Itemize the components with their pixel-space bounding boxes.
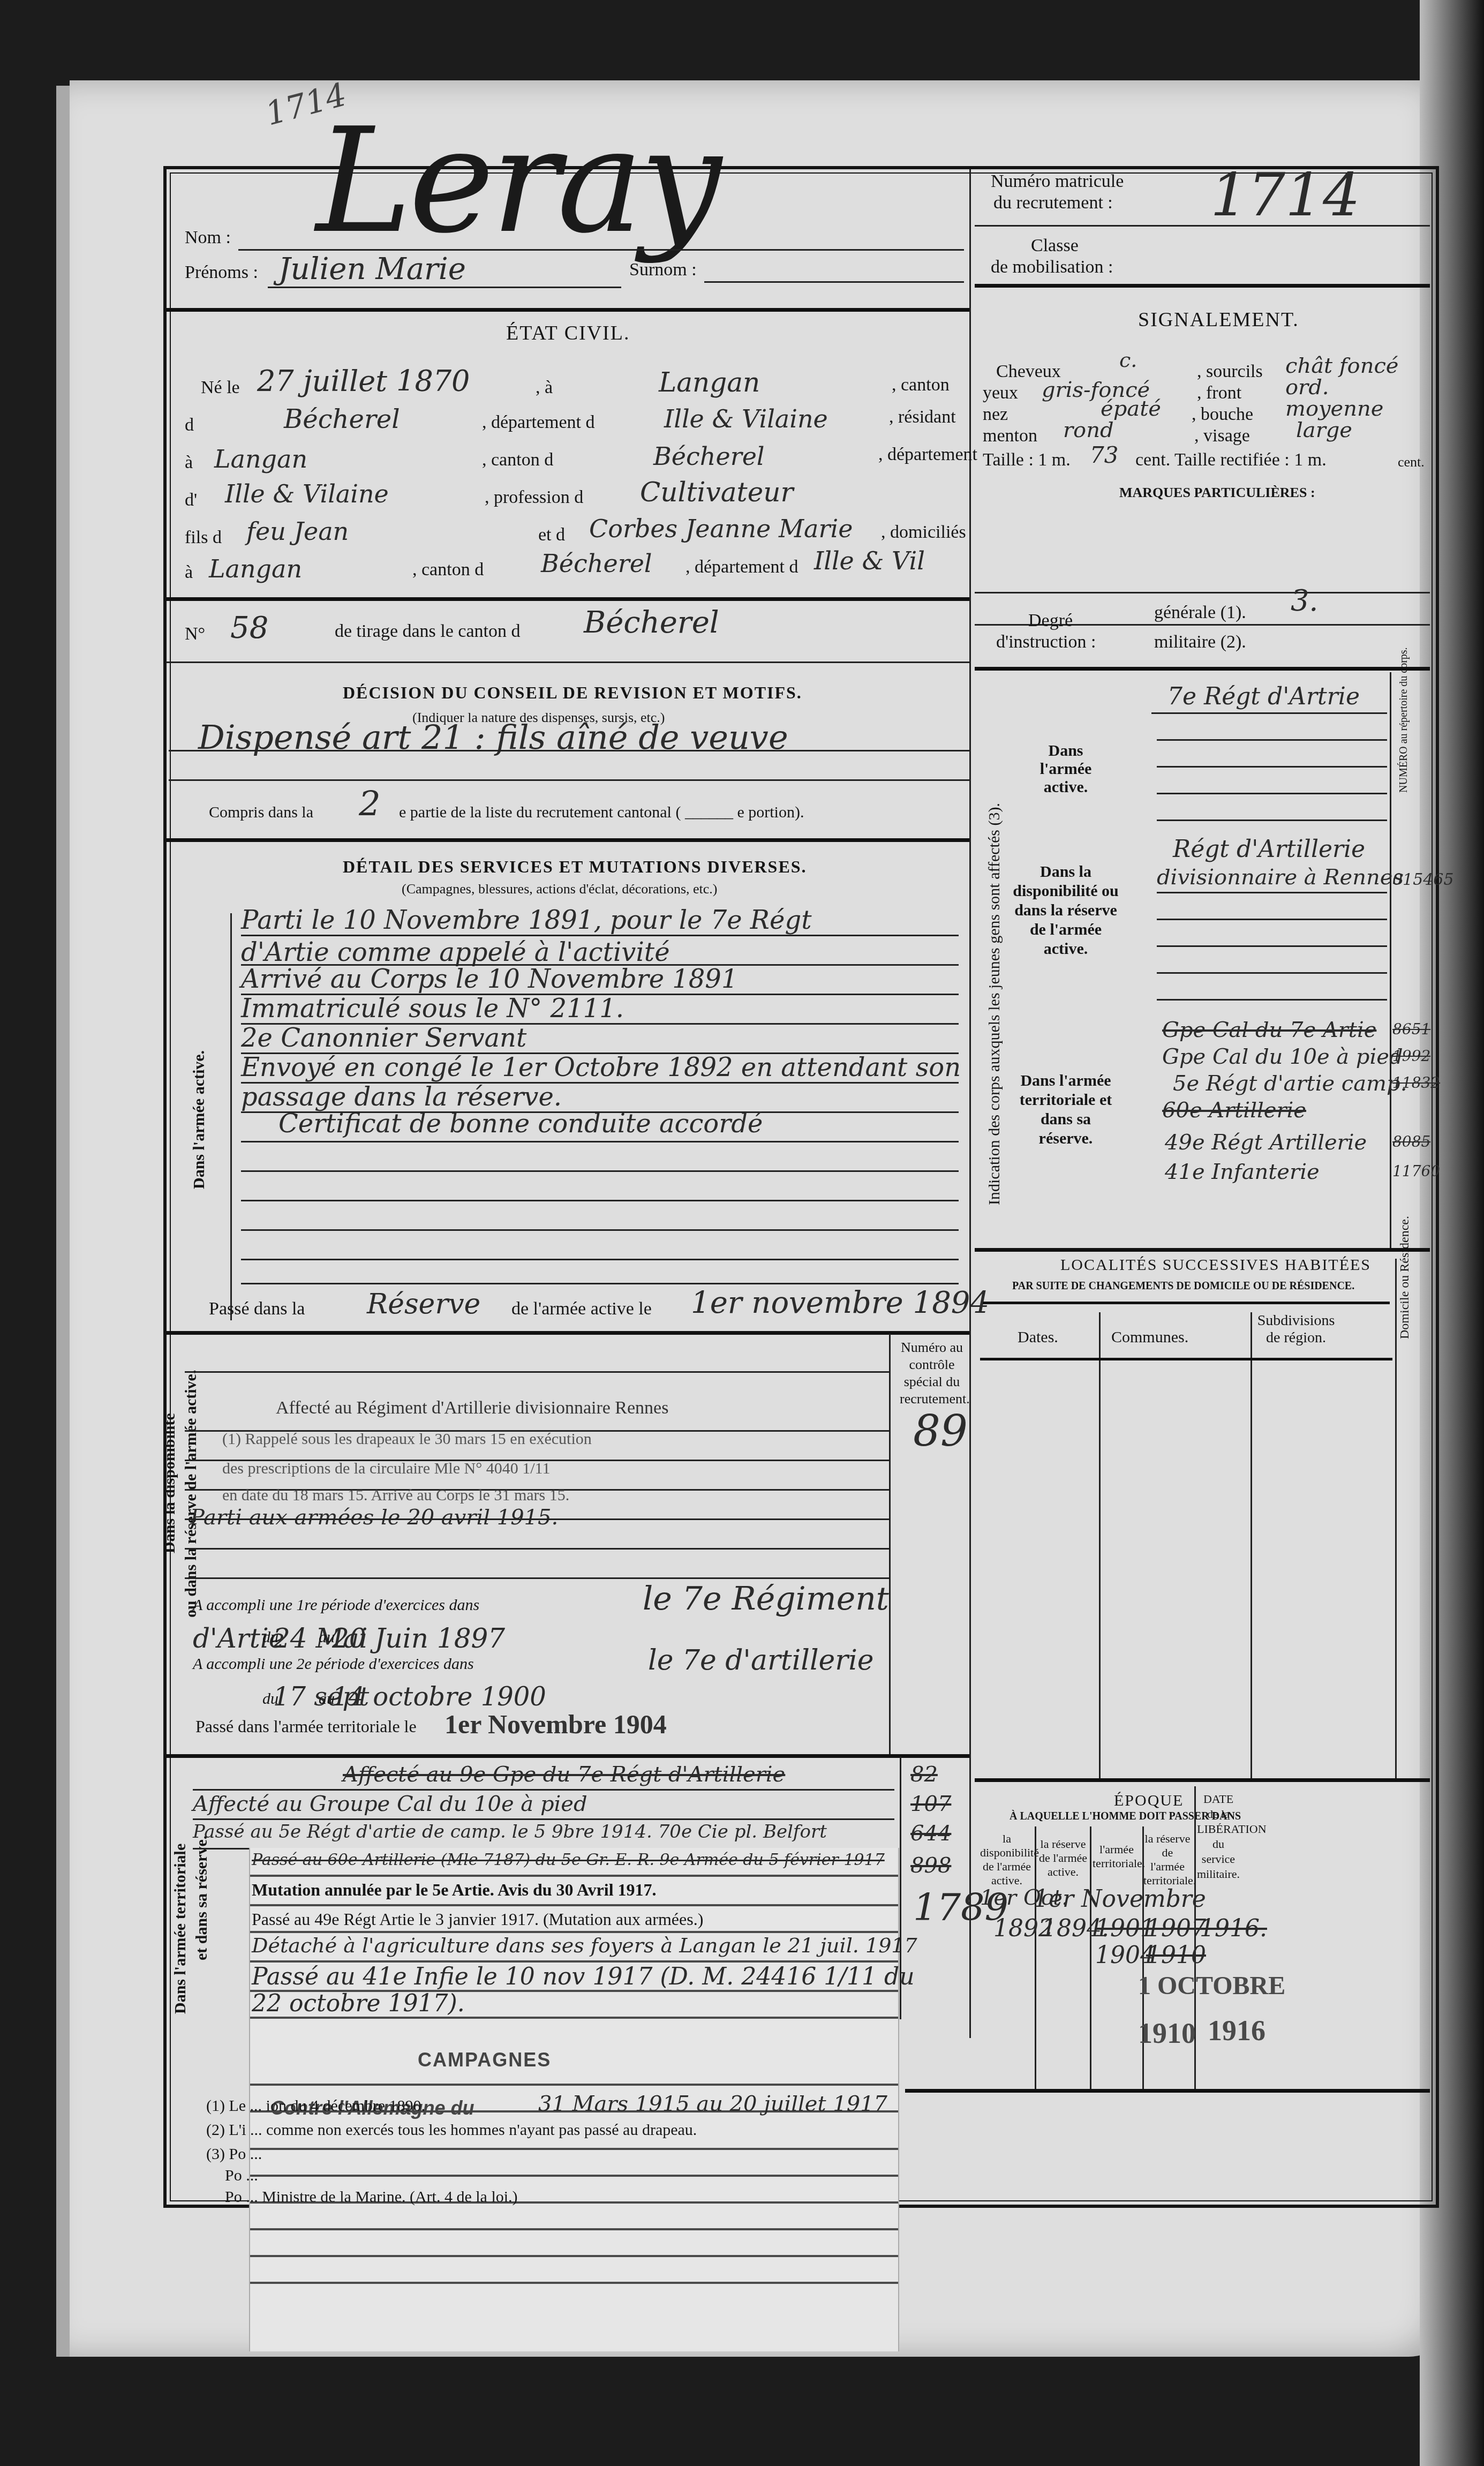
epoque-row1-col2: 1er Novembre bbox=[1034, 1885, 1206, 1913]
disponibilite-entry: Régt d'Artillerie bbox=[1173, 836, 1365, 863]
territoriale-line: Passé au 5e Régt d'artie de camp. le 5 9… bbox=[193, 1821, 827, 1843]
territoriale-line: Détaché à l'agriculture dans ses foyers … bbox=[252, 1934, 917, 1957]
ruled-line bbox=[241, 935, 959, 936]
reserve-line: Parti aux armées le 20 avril 1915. bbox=[190, 1505, 558, 1530]
epoque-col-reserve-active: la réserve de l'armée active. bbox=[1036, 1837, 1090, 1879]
ruled-line bbox=[1157, 820, 1387, 821]
divider bbox=[975, 667, 1430, 671]
active-entry: 7e Régt d'Artrie bbox=[1167, 683, 1360, 710]
divider bbox=[166, 1754, 969, 1758]
periode1-label: A accompli une 1re période d'exercices d… bbox=[193, 1596, 479, 1614]
compris-value: 2 bbox=[359, 785, 381, 824]
column-divider bbox=[1035, 1826, 1036, 2089]
ruled-line bbox=[250, 1931, 898, 1933]
mere-value: Corbes Jeanne Marie bbox=[589, 514, 853, 543]
numero-column-divider bbox=[1390, 672, 1391, 1251]
numero-controle-value: 89 bbox=[913, 1406, 968, 1456]
ruled-line bbox=[1157, 892, 1387, 893]
front-label: , front bbox=[1197, 383, 1241, 403]
territoriale-num: 107 bbox=[910, 1792, 951, 1816]
divider bbox=[975, 592, 1430, 593]
ruled-line bbox=[241, 1200, 959, 1201]
decision-line bbox=[169, 750, 969, 751]
canton-value: Bécherel bbox=[284, 404, 400, 434]
dom-departement-value: Ille & Vil bbox=[814, 546, 925, 575]
reserve-line: des prescriptions de la circulaire Mle N… bbox=[222, 1460, 550, 1478]
ruled-line bbox=[1157, 766, 1387, 768]
territoriale-side-label-2: et dans sa réserve. bbox=[193, 1836, 211, 1960]
date-liberation-header: DATE de la LIBÉRATION du service militai… bbox=[1197, 1792, 1240, 1882]
generale-label: générale (1). bbox=[1154, 603, 1246, 623]
epoque-col-disponibilite: la disponibilité de l'armée active. bbox=[980, 1832, 1034, 1888]
service-line: Parti le 10 Novembre 1891, pour le 7e Ré… bbox=[241, 905, 811, 935]
ruled-line bbox=[250, 2084, 898, 2086]
territoriale-num: 644 bbox=[910, 1821, 951, 1846]
territoriale-corps-num: 8085 bbox=[1392, 1133, 1430, 1151]
localites-title: LOCALITÉS SUCCESSIVES HABITÉES bbox=[1060, 1256, 1371, 1274]
ruled-line bbox=[185, 1548, 889, 1550]
bouche-label: , bouche bbox=[1192, 404, 1253, 425]
divider bbox=[166, 838, 969, 842]
ruled-line bbox=[1157, 739, 1387, 741]
prenoms-label: Prénoms : bbox=[185, 262, 258, 283]
profession-label: , profession d bbox=[485, 487, 583, 508]
signalement-title: SIGNALEMENT. bbox=[1138, 308, 1299, 332]
classe-label: Classe bbox=[1031, 236, 1079, 256]
res-canton-value: Bécherel bbox=[653, 442, 765, 471]
a-value: Langan bbox=[659, 367, 760, 398]
a-label: , à bbox=[536, 378, 553, 398]
disponibilite-numero: 015465 bbox=[1392, 870, 1454, 889]
reserve-line: Affecté au Régiment d'Artillerie divisio… bbox=[276, 1398, 668, 1418]
territoriale-corps-entry: 41e Infanterie bbox=[1165, 1160, 1320, 1184]
ruled-line bbox=[193, 1789, 894, 1791]
profession-value: Cultivateur bbox=[640, 477, 793, 508]
decision-title: DÉCISION DU CONSEIL DE REVISION ET MOTIF… bbox=[343, 683, 802, 703]
ruled-line bbox=[250, 2148, 898, 2150]
ruled-line bbox=[250, 1875, 898, 1877]
territoriale-corps-num: 11760 bbox=[1392, 1162, 1440, 1180]
divider bbox=[166, 1331, 969, 1335]
divider bbox=[975, 284, 1430, 288]
territoriale-corps-num: 8651 bbox=[1392, 1020, 1430, 1038]
bracket bbox=[230, 913, 232, 1320]
numero-column-divider bbox=[889, 1334, 891, 1757]
surnom-line bbox=[704, 281, 964, 283]
ruled-line bbox=[250, 2282, 898, 2284]
instruction-label: d'instruction : bbox=[996, 632, 1096, 652]
taille-label: Taille : 1 m. bbox=[983, 450, 1071, 470]
service-line: Immatriculé sous le N° 2111. bbox=[241, 994, 624, 1024]
periode2-au: 14 octobre 1900 bbox=[332, 1682, 546, 1712]
fils-de-label: fils d bbox=[185, 528, 222, 548]
ne-le-value: 27 juillet 1870 bbox=[257, 364, 470, 398]
menton-label: menton bbox=[983, 426, 1037, 446]
ruled-line bbox=[250, 2228, 898, 2230]
militaire-label: militaire (2). bbox=[1154, 632, 1246, 652]
territoriale-num: 82 bbox=[910, 1762, 938, 1787]
ruled-line bbox=[1151, 712, 1387, 714]
matricule-label: Numéro matricule bbox=[991, 171, 1124, 192]
reserve-line: (1) Rappelé sous les drapeaux le 30 mars… bbox=[222, 1430, 592, 1448]
sourcils-label: , sourcils bbox=[1197, 362, 1263, 382]
ruled-line bbox=[250, 2175, 898, 2177]
territoriale-line: Mutation annulée par le 5e Artie. Avis d… bbox=[252, 1880, 657, 1900]
res-a-value: Langan bbox=[214, 445, 307, 473]
visage-label: , visage bbox=[1194, 426, 1250, 446]
territoriale-corps-entry: 5e Régt d'artie camp. bbox=[1173, 1071, 1407, 1096]
ruled-line bbox=[1157, 999, 1387, 1001]
dom-canton-value: Bécherel bbox=[541, 549, 652, 578]
territoriale-line: Affecté au Groupe Cal du 10e à pied bbox=[193, 1792, 587, 1816]
brace bbox=[983, 1302, 1390, 1304]
taille-value: 73 bbox=[1090, 442, 1118, 468]
res-d-label: d' bbox=[185, 490, 197, 510]
cheveux-value: c. bbox=[1119, 348, 1137, 372]
compris-label: Compris dans la bbox=[209, 803, 313, 822]
res-a-label: à bbox=[185, 453, 193, 473]
divider bbox=[975, 1248, 1430, 1252]
yeux-label: yeux bbox=[983, 383, 1018, 403]
territoriale-corps-entry: Gpe Cal du 7e Artie bbox=[1162, 1018, 1376, 1042]
divider bbox=[905, 2089, 1430, 2093]
tirage-label: de tirage dans le canton d bbox=[335, 621, 520, 642]
et-de-label: et d bbox=[538, 525, 565, 545]
ruled-line bbox=[241, 1259, 959, 1260]
territoriale-label: Passé dans l'armée territoriale le bbox=[195, 1717, 417, 1736]
epoque-col-territoriale: l'armée territoriale. bbox=[1093, 1843, 1141, 1870]
passe-reserve-date: 1er novembre 1894 bbox=[691, 1285, 989, 1320]
res-departement-label: , département bbox=[878, 445, 977, 465]
decision-line bbox=[169, 779, 969, 781]
divider bbox=[975, 1778, 1430, 1782]
column-divider bbox=[1099, 1312, 1101, 1778]
territoriale-line: Affecté au 9e Gpe du 7e Régt d'Artilleri… bbox=[343, 1762, 785, 1787]
stamp-octobre: 1 OCTOBRE bbox=[1138, 1971, 1285, 2001]
domicilies-label: , domiciliés bbox=[881, 522, 966, 543]
generale-value: 3. bbox=[1291, 584, 1319, 618]
d-label: d bbox=[185, 415, 194, 435]
territoriale-side-label: Dans l'armée territoriale bbox=[171, 1844, 190, 2014]
territoriale-line: Passé au 41e Infie le 10 nov 1917 (D. M.… bbox=[252, 1963, 915, 1990]
periode1-au: 20 Juin 1897 bbox=[332, 1623, 505, 1654]
territoriale-line: Passé au 60e Artillerie (Mle 7187) du 5e… bbox=[252, 1851, 885, 1869]
surnom-label: Surnom : bbox=[629, 260, 697, 280]
services-title: DÉTAIL DES SERVICES ET MUTATIONS DIVERSE… bbox=[343, 857, 807, 877]
footnote: Po ... Ministre de la Marine. (Art. 4 de… bbox=[225, 2188, 518, 2206]
epoque-row3-col4: 1910 bbox=[1146, 1942, 1206, 1969]
nom-value: Leray bbox=[316, 96, 719, 265]
ruled-line bbox=[250, 1960, 898, 1963]
territoriale-num: 898 bbox=[910, 1853, 951, 1878]
menton-value: rond bbox=[1063, 418, 1114, 442]
prenoms-line bbox=[268, 287, 621, 288]
tirage-no-value: 58 bbox=[230, 611, 268, 645]
divider bbox=[166, 308, 969, 312]
campagnes-title: CAMPAGNES bbox=[418, 2049, 551, 2071]
ruled-line bbox=[241, 1283, 959, 1284]
ruled-line bbox=[193, 1818, 894, 1820]
classe-label-2: de mobilisation : bbox=[991, 257, 1113, 277]
ruled-line bbox=[250, 1904, 898, 1906]
passe-reserve-mid: de l'armée active le bbox=[511, 1299, 652, 1319]
active-label: Dans l'armée active. bbox=[1023, 742, 1109, 796]
tirage-no-label: N° bbox=[185, 624, 205, 644]
services-subtitle: (Campagnes, blessures, actions d'éclat, … bbox=[402, 881, 717, 897]
divider bbox=[166, 597, 969, 601]
campagne-entry-handwritten: 31 Mars 1915 au 20 juillet 1917 bbox=[538, 2092, 887, 2116]
service-line: passage dans la réserve. bbox=[241, 1082, 562, 1112]
corps-side-label: Indication des corps auxquels les jeunes… bbox=[985, 803, 1004, 1205]
dom-a-value: Langan bbox=[209, 554, 302, 583]
res-departement-value: Ille & Vilaine bbox=[225, 479, 389, 508]
nez-label: nez bbox=[983, 404, 1008, 425]
nom-line bbox=[238, 249, 964, 251]
services-side-label: Dans l'armée active. bbox=[190, 1050, 208, 1189]
passe-reserve-value: Réserve bbox=[367, 1288, 480, 1320]
liberation-value: 1916. bbox=[1200, 1915, 1267, 1942]
column-divider bbox=[1251, 1312, 1252, 1778]
territoriale-corps-num: 11832 bbox=[1392, 1074, 1440, 1092]
ruled-line bbox=[241, 1170, 959, 1172]
ruled-line bbox=[1157, 972, 1387, 974]
ruled-line bbox=[241, 1141, 959, 1142]
reserve-side-label: Dans la disponibilité bbox=[161, 1413, 179, 1553]
col-subdivisions: Subdivisions de région. bbox=[1251, 1312, 1342, 1347]
dom-a-label: à bbox=[185, 562, 193, 583]
service-line: Envoyé en congé le 1er Octobre 1892 en a… bbox=[241, 1052, 961, 1082]
territoriale-corps-entry: Gpe Cal du 10e à pied bbox=[1162, 1044, 1403, 1069]
numero-repertoire-header: NUMÉRO au répertoire du corps. bbox=[1398, 647, 1410, 793]
divider bbox=[166, 661, 969, 663]
disponibilite-label: Dans la disponibilité ou dans la réserve… bbox=[1007, 862, 1125, 959]
ruled-line bbox=[1157, 919, 1387, 920]
stamp-year-2: 1916 bbox=[1208, 2014, 1265, 2047]
dom-departement-label: , département d bbox=[685, 557, 799, 577]
nom-label: Nom : bbox=[185, 228, 231, 248]
departement-value: Ille & Vilaine bbox=[664, 404, 828, 433]
reserve-side-label-2: ou dans la réserve de l'armée active. bbox=[182, 1370, 200, 1618]
territoriale-corps-entry: 60e Artillerie bbox=[1162, 1098, 1306, 1123]
compris-rest: e partie de la liste du recrutement cant… bbox=[399, 803, 804, 822]
ruled-line bbox=[1157, 793, 1387, 794]
ne-le-label: Né le bbox=[201, 378, 240, 398]
pere-value: feu Jean bbox=[246, 517, 349, 546]
col-communes: Communes. bbox=[1111, 1328, 1188, 1347]
territoriale-line: 22 octobre 1917). bbox=[252, 1990, 465, 2017]
disponibilite-entry: divisionnaire à Rennes bbox=[1157, 865, 1404, 890]
service-line: Certificat de bonne conduite accordé bbox=[278, 1109, 763, 1139]
column-divider bbox=[1090, 1826, 1091, 2089]
departement-label: , département d bbox=[482, 412, 595, 433]
footnote: (2) L'i ... comme non exercés tous les h… bbox=[206, 2121, 697, 2139]
footnote: (3) Po ... bbox=[206, 2145, 262, 2163]
cent-label: cent. bbox=[1398, 454, 1425, 470]
ruled-line bbox=[185, 1371, 889, 1373]
col-dates: Dates. bbox=[1018, 1328, 1058, 1347]
header-rule bbox=[980, 1358, 1392, 1360]
numero-controle-label: Numéro au contrôle spécial du recrutemen… bbox=[900, 1339, 964, 1408]
service-line: Arrivé au Corps le 10 Novembre 1891 bbox=[241, 964, 737, 994]
ruled-line bbox=[1157, 945, 1387, 947]
footnote: (1) Le ... ion du 4 décembre 1890. bbox=[206, 2097, 425, 2115]
ruled-line bbox=[185, 1518, 889, 1520]
degre-label: Degré bbox=[1028, 611, 1073, 631]
epoque-title: ÉPOQUE bbox=[1114, 1792, 1184, 1810]
passe-reserve-label: Passé dans la bbox=[209, 1299, 305, 1319]
residant-label: , résidant bbox=[889, 407, 956, 427]
matricule-value: 1714 bbox=[1210, 161, 1360, 229]
marques-title: MARQUES PARTICULIÈRES : bbox=[1119, 485, 1315, 501]
taille-rectifiee-label: cent. Taille rectifiée : 1 m. bbox=[1135, 450, 1327, 470]
ruled-line bbox=[241, 1229, 959, 1231]
col-domicile: Domicile ou Résidence. bbox=[1398, 1216, 1412, 1339]
territoriale-value: 1er Novembre 1904 bbox=[445, 1709, 667, 1740]
periode1-value: le 7e Régiment bbox=[643, 1580, 889, 1618]
service-line: 2e Canonnier Servant bbox=[241, 1023, 526, 1053]
res-canton-label: , canton d bbox=[482, 450, 553, 470]
column-divider bbox=[1395, 1259, 1397, 1778]
etat-civil-title: ÉTAT CIVIL. bbox=[506, 321, 630, 345]
matricule-label-2: du recrutement : bbox=[993, 193, 1113, 213]
epoque-col-reserve-territoriale: la réserve de l'armée territoriale. bbox=[1143, 1832, 1192, 1888]
territoriale-corps-entry: 49e Régt Artillerie bbox=[1165, 1130, 1367, 1155]
footnote: Po ... bbox=[225, 2167, 258, 2185]
service-line: d'Artie comme appelé à l'activité bbox=[241, 937, 670, 967]
dom-canton-label: , canton d bbox=[412, 560, 484, 580]
stamp-year-1: 1910 bbox=[1138, 2017, 1196, 2050]
epoque-row2-col4: 1907 bbox=[1146, 1915, 1206, 1942]
reserve-line: en date du 18 mars 15. Arrivé au Corps l… bbox=[222, 1486, 569, 1505]
localites-subtitle: PAR SUITE DE CHANGEMENTS DE DOMICILE OU … bbox=[1012, 1280, 1354, 1292]
periode2-value: le 7e d'artillerie bbox=[648, 1644, 874, 1676]
divider bbox=[975, 225, 1430, 227]
periode2-label: A accompli une 2e période d'exercices da… bbox=[193, 1655, 474, 1673]
tirage-canton-value: Bécherel bbox=[584, 605, 719, 640]
territoriale-corps-label: Dans l'armée territoriale et dans sa rés… bbox=[1012, 1071, 1119, 1148]
territoriale-corps-num: 1992 bbox=[1392, 1047, 1430, 1065]
prenoms-value: Julien Marie bbox=[278, 252, 466, 287]
visage-value: large bbox=[1296, 418, 1352, 442]
ruled-line bbox=[185, 1577, 889, 1579]
territoriale-line: Passé au 49e Régt Artie le 3 janvier 191… bbox=[252, 1909, 703, 1929]
ruled-line bbox=[250, 2255, 898, 2257]
canton-label: , canton bbox=[892, 375, 950, 395]
